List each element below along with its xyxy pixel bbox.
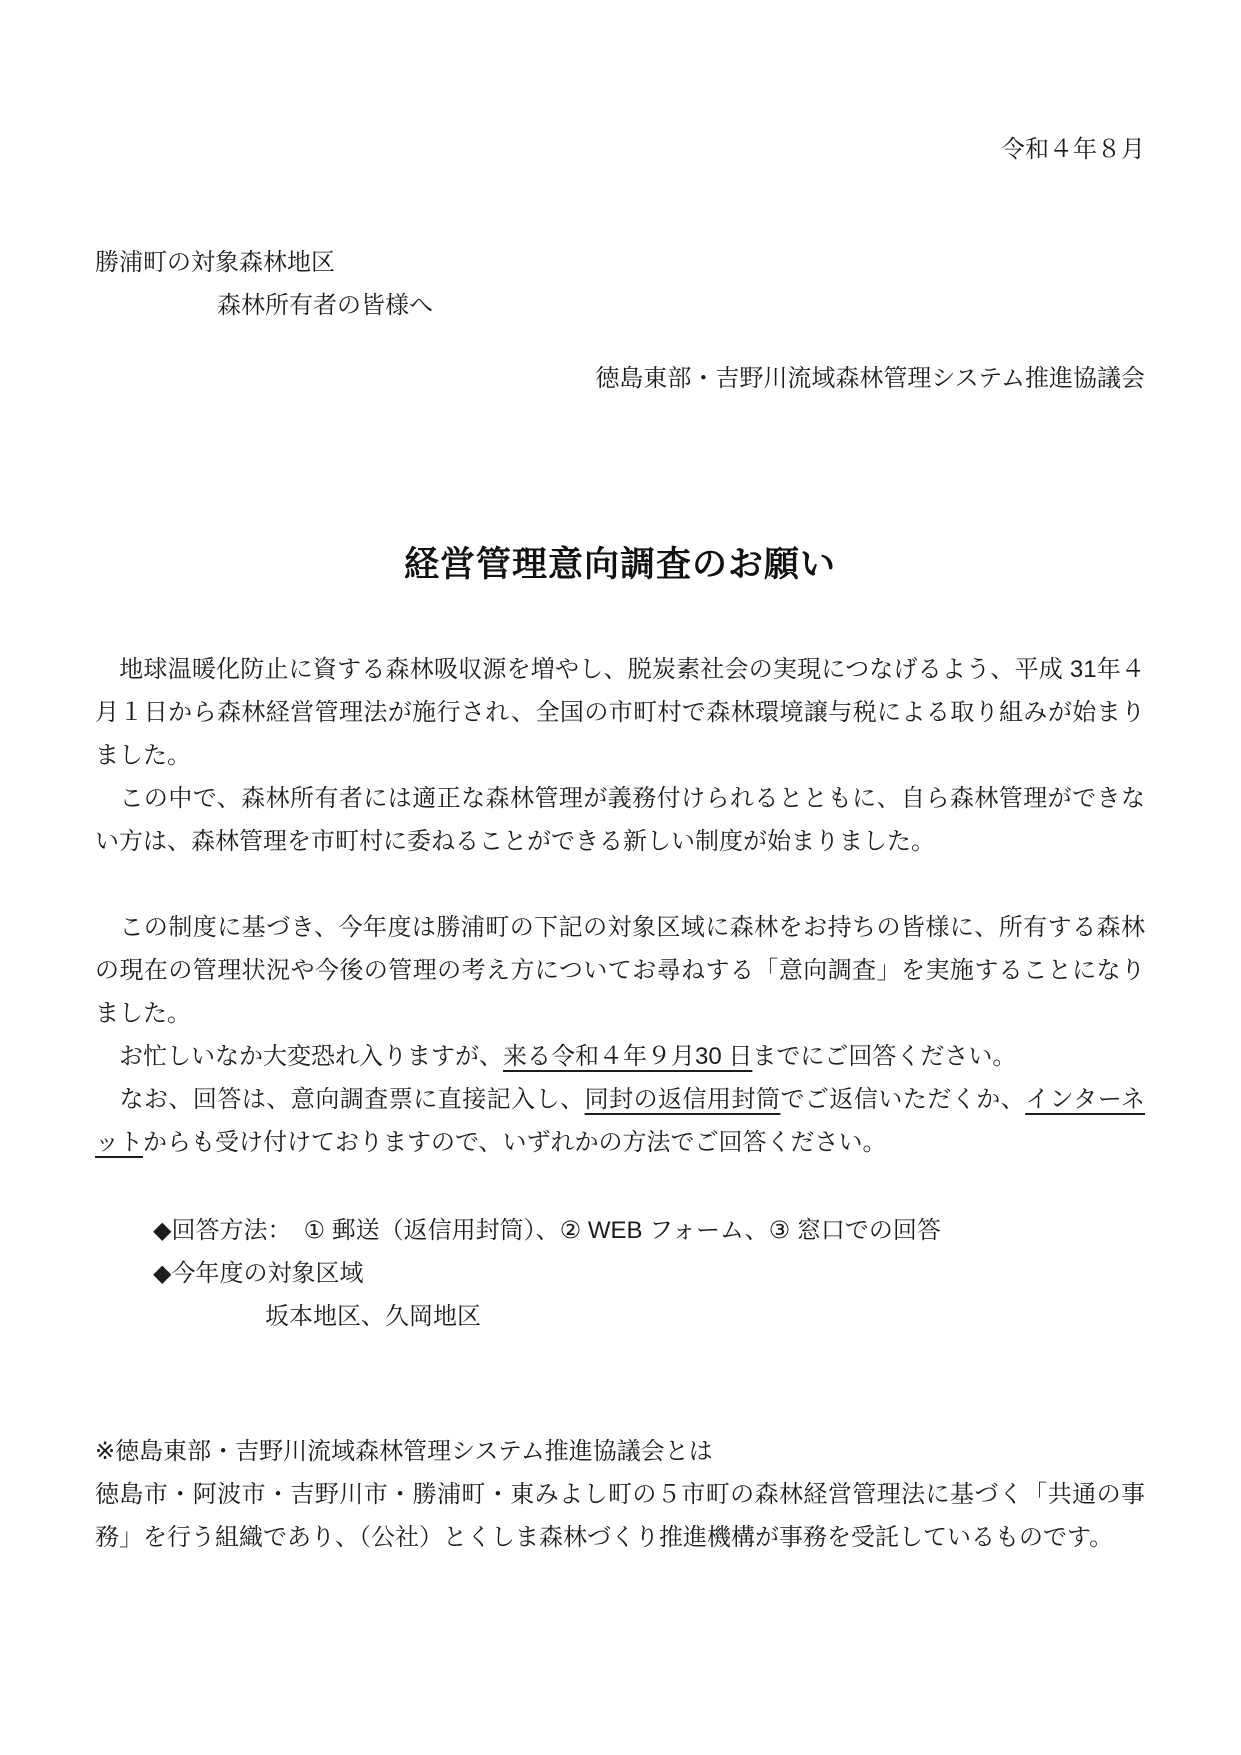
footnote-block: ※徳島東部・吉野川流域森林管理システム推進協議会とは 徳島市・阿波市・吉野川市・…: [95, 1430, 1145, 1559]
paragraph-2: この中で、森林所有者には適正な森林管理が義務付けられるとともに、自ら森林管理がで…: [95, 777, 1145, 863]
paragraph-4: お忙しいなか大変恐れ入りますが、来る令和４年９月30 日までにご回答ください。: [95, 1035, 1145, 1078]
paragraph-5-text: なお、回答は、意向調査票に直接記入し、: [95, 1086, 585, 1113]
bullet-list: ◆回答方法： ① 郵送（返信用封筒）、② WEB フォーム、③ 窓口での回答 ◆…: [95, 1209, 1145, 1338]
target-area-detail: 坂本地区、久岡地区: [153, 1295, 1145, 1338]
reply-envelope-underlined-text: 同封の返信用封筒: [585, 1086, 781, 1113]
footnote-body: 徳島市・阿波市・吉野川市・勝浦町・東みよし町の５市町の森林経営管理法に基づく「共…: [95, 1473, 1145, 1559]
document-page: 令和４年８月 勝浦町の対象森林地区 森林所有者の皆様へ 徳島東部・吉野川流域森林…: [0, 0, 1241, 1755]
paragraph-4-text: お忙しいなか大変恐れ入りますが、: [95, 1043, 503, 1070]
recipient-line2: 森林所有者の皆様へ: [95, 284, 1145, 327]
document-date: 令和４年８月: [95, 128, 1145, 171]
paragraph-1: 地球温暖化防止に資する森林吸収源を増やし、脱炭素社会の実現につなげるよう、平成 …: [95, 648, 1145, 777]
recipient-line1: 勝浦町の対象森林地区: [95, 241, 1145, 284]
document-title: 経営管理意向調査のお願い: [95, 542, 1145, 588]
paragraph-5: なお、回答は、意向調査票に直接記入し、同封の返信用封筒でご返信いただくか、インタ…: [95, 1078, 1145, 1164]
sender-organization: 徳島東部・吉野川流域森林管理システム推進協議会: [95, 357, 1145, 400]
footnote-heading: ※徳島東部・吉野川流域森林管理システム推進協議会とは: [95, 1430, 1145, 1473]
deadline-underlined-text: 来る令和４年９月30 日: [503, 1043, 752, 1070]
recipient-block: 勝浦町の対象森林地区 森林所有者の皆様へ: [95, 241, 1145, 327]
paragraph-4-text-end: までにご回答ください。: [752, 1043, 1016, 1070]
paragraph-5-text-mid: でご返信いただくか、: [780, 1086, 1025, 1113]
paragraph-5-text-end: からも受け付けておりますので、いずれかの方法でご回答ください。: [143, 1129, 887, 1156]
bullet-response-methods: ◆回答方法： ① 郵送（返信用封筒）、② WEB フォーム、③ 窓口での回答: [153, 1209, 1145, 1252]
bullet-target-area-heading: ◆今年度の対象区域: [153, 1252, 1145, 1295]
paragraph-3: この制度に基づき、今年度は勝浦町の下記の対象区域に森林をお持ちの皆様に、所有する…: [95, 906, 1145, 1035]
